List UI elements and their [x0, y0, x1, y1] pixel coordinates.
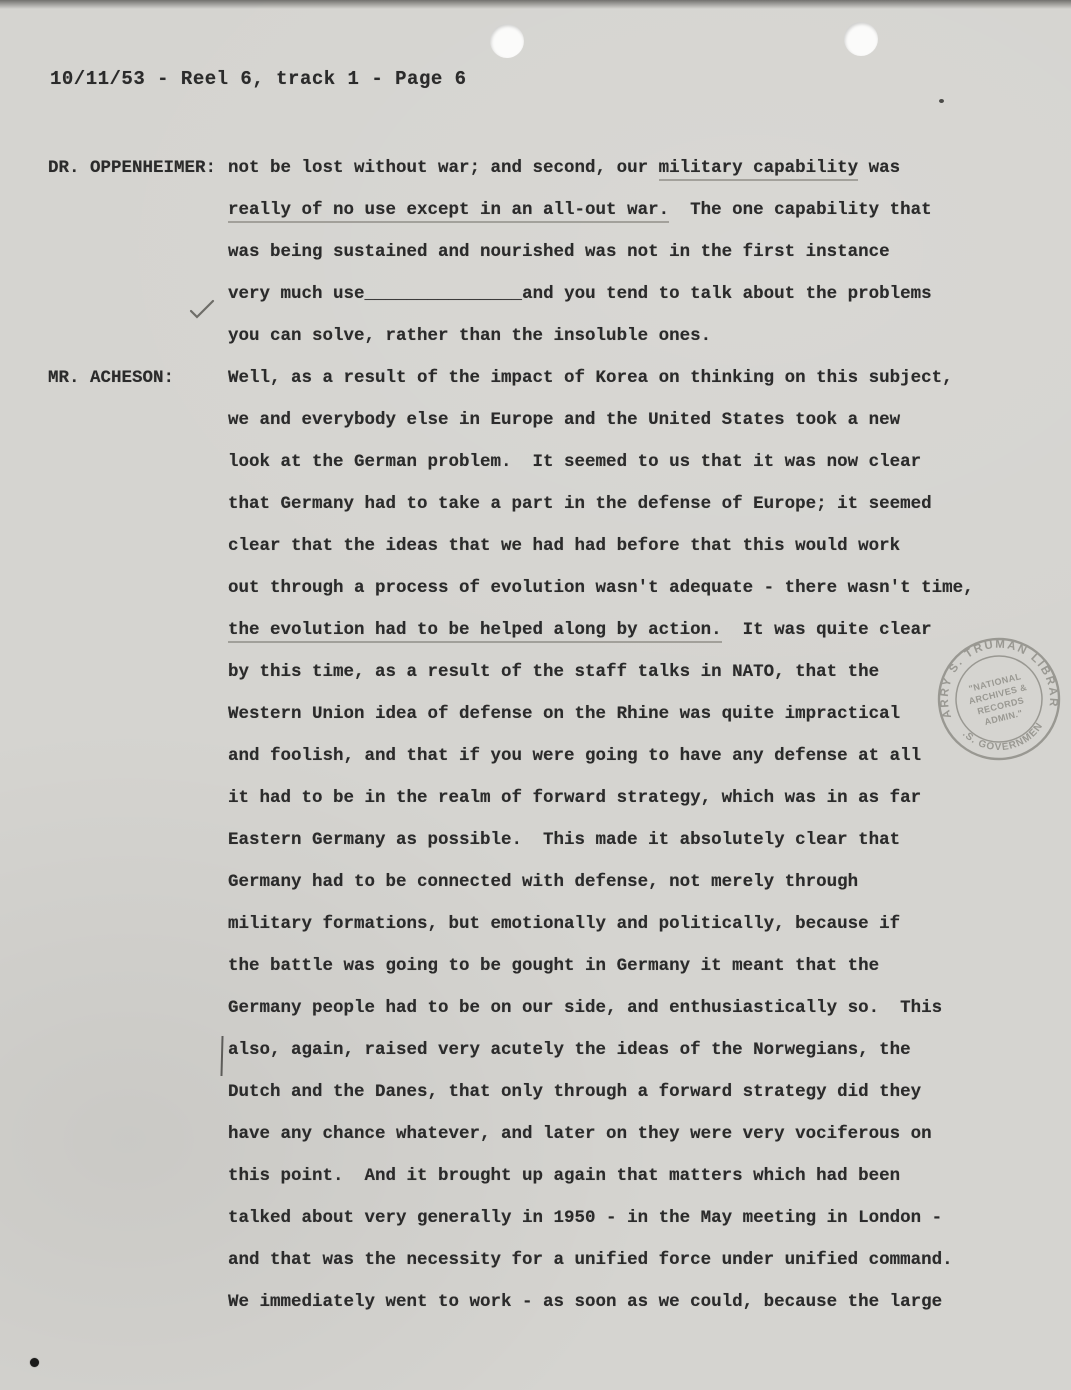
line-text: We immediately went to work - as soon as…: [0, 1292, 1071, 1312]
ink-speck: [939, 99, 944, 103]
pencil-check-mark: [188, 298, 216, 322]
transcript-line: out through a process of evolution wasn'…: [0, 578, 1071, 604]
line-text: Eastern Germany as possible. This made i…: [0, 830, 1071, 850]
speaker-label: DR. OPPENHEIMER:: [48, 158, 216, 178]
line-text: and foolish, and that if you were going …: [0, 746, 1071, 766]
transcript-line: it had to be in the realm of forward str…: [0, 788, 1071, 814]
transcript-line: Germany had to be connected with defense…: [0, 872, 1071, 898]
transcript-line: talked about very generally in 1950 - in…: [0, 1208, 1071, 1234]
transcript-line: also, again, raised very acutely the ide…: [0, 1040, 1071, 1066]
line-text: clear that the ideas that we had had bef…: [0, 536, 1071, 556]
transcript-line: clear that the ideas that we had had bef…: [0, 536, 1071, 562]
line-text: look at the German problem. It seemed to…: [0, 452, 1071, 472]
line-text: and that was the necessity for a unified…: [0, 1250, 1071, 1270]
transcript-line: the evolution had to be helped along by …: [0, 620, 1071, 646]
underlined-text: military capability: [659, 158, 859, 181]
line-text: really of no use except in an all-out wa…: [0, 200, 1071, 220]
line-text: by this time, as a result of the staff t…: [0, 662, 1071, 682]
transcript-line: Eastern Germany as possible. This made i…: [0, 830, 1071, 856]
transcript-line: the battle was going to be gought in Ger…: [0, 956, 1071, 982]
line-text: talked about very generally in 1950 - in…: [0, 1208, 1071, 1228]
line-text: was being sustained and nourished was no…: [0, 242, 1071, 262]
stamp-center-text: "NATIONAL ARCHIVES & RECORDS ADMIN.": [965, 670, 1034, 729]
transcript-line: by this time, as a result of the staff t…: [0, 662, 1071, 688]
line-text: you can solve, rather than the insoluble…: [0, 326, 1071, 346]
line-text: the battle was going to be gought in Ger…: [0, 956, 1071, 976]
archive-stamp: HARRY S. TRUMAN LIBRARY U.S. GOVERNMENT …: [924, 624, 1071, 773]
transcript-line: have any chance whatever, and later on t…: [0, 1124, 1071, 1150]
transcript-line: very much use_______________and you tend…: [0, 284, 1071, 310]
line-text: Dutch and the Danes, that only through a…: [0, 1082, 1071, 1102]
line-text: Western Union idea of defense on the Rhi…: [0, 704, 1071, 724]
line-text: Germany had to be connected with defense…: [0, 872, 1071, 892]
transcript-line: DR. OPPENHEIMER:not be lost without war;…: [0, 158, 1071, 184]
line-text: we and everybody else in Europe and the …: [0, 410, 1071, 430]
line-text: military formations, but emotionally and…: [0, 914, 1071, 934]
transcript-line: this point. And it brought up again that…: [0, 1166, 1071, 1192]
transcript-line: Dutch and the Danes, that only through a…: [0, 1082, 1071, 1108]
line-text: Germany people had to be on our side, an…: [0, 998, 1071, 1018]
line-text: this point. And it brought up again that…: [0, 1166, 1071, 1186]
line-text: very much use_______________and you tend…: [0, 284, 1071, 304]
line-text: it had to be in the realm of forward str…: [0, 788, 1071, 808]
transcript-line: really of no use except in an all-out wa…: [0, 200, 1071, 226]
transcript-line: Germany people had to be on our side, an…: [0, 998, 1071, 1024]
transcript-line: that Germany had to take a part in the d…: [0, 494, 1071, 520]
speaker-label: MR. ACHESON:: [48, 368, 174, 388]
transcript-line: and that was the necessity for a unified…: [0, 1250, 1071, 1276]
transcript-line: Western Union idea of defense on the Rhi…: [0, 704, 1071, 730]
transcript-line: look at the German problem. It seemed to…: [0, 452, 1071, 478]
line-text: out through a process of evolution wasn'…: [0, 578, 1071, 598]
underlined-text: the evolution had to be helped along by …: [228, 620, 722, 643]
transcript-line: MR. ACHESON:Well, as a result of the imp…: [0, 368, 1071, 394]
line-text: that Germany had to take a part in the d…: [0, 494, 1071, 514]
line-text: the evolution had to be helped along by …: [0, 620, 1071, 640]
transcript-line: military formations, but emotionally and…: [0, 914, 1071, 940]
transcript-line: We immediately went to work - as soon as…: [0, 1292, 1071, 1318]
transcript-line: was being sustained and nourished was no…: [0, 242, 1071, 268]
transcript-line: you can solve, rather than the insoluble…: [0, 326, 1071, 352]
transcript-line: we and everybody else in Europe and the …: [0, 410, 1071, 436]
transcript: DR. OPPENHEIMER:not be lost without war;…: [0, 0, 1071, 1390]
ink-dot: [30, 1358, 39, 1367]
transcript-line: and foolish, and that if you were going …: [0, 746, 1071, 772]
document-page: 10/11/53 - Reel 6, track 1 - Page 6 DR. …: [0, 0, 1071, 1390]
line-text: have any chance whatever, and later on t…: [0, 1124, 1071, 1144]
line-text: also, again, raised very acutely the ide…: [0, 1040, 1071, 1060]
underlined-text: really of no use except in an all-out wa…: [228, 200, 669, 223]
